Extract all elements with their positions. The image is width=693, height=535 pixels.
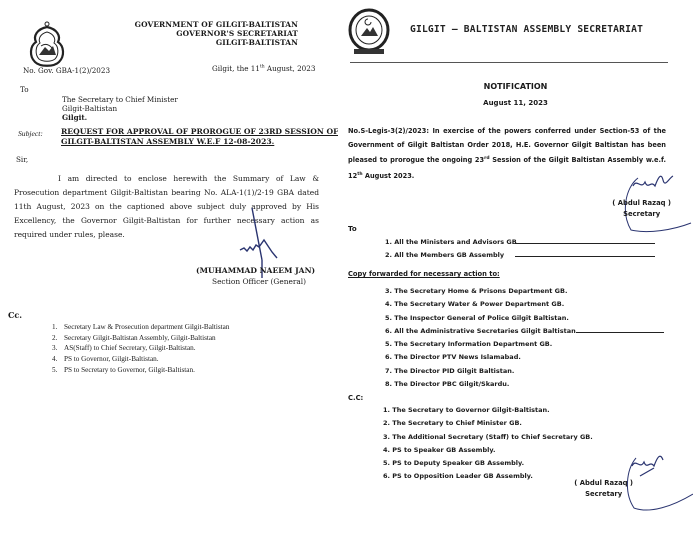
cc-item: 1. The Secretary to Governor Gilgit-Balt…	[383, 404, 593, 417]
cc-item: 2.Secretary Gilgit-Baltistan Assembly, G…	[52, 333, 229, 344]
blank-line	[576, 325, 664, 333]
signatory-block-top: ( Abdul Razaq ) Secretary	[612, 198, 671, 220]
assembly-emblem-icon	[348, 8, 390, 58]
cc-item: 6. PS to Opposition Leader GB Assembly.	[383, 470, 593, 483]
blank-line	[515, 249, 655, 257]
to-label: To	[348, 225, 357, 233]
to-item: 2. All the Members GB Assembly	[385, 249, 655, 262]
cc-item: 5. PS to Deputy Speaker GB Assembly.	[383, 457, 593, 470]
cc-item: 3. The Additional Secretary (Staff) to C…	[383, 431, 593, 444]
cc-item: 4.PS to Governor, Gilgit-Baltistan.	[52, 354, 229, 365]
signatory-name: (MUHAMMAD NAEEM JAN)	[196, 266, 315, 275]
to-item: 1. All the Ministers and Advisors GB	[385, 236, 655, 249]
signatory-title: Secretary	[574, 489, 633, 500]
signatory-name: ( Abdul Razaq )	[612, 198, 671, 209]
assembly-notification: GILGIT – BALTISTAN ASSEMBLY SECRETARIAT …	[338, 0, 693, 535]
copy-item: 6. All the Administrative Secretaries Gi…	[385, 325, 664, 338]
salutation: Sir,	[16, 155, 28, 164]
copy-item: 5. The Inspector General of Police Gilgi…	[385, 312, 664, 325]
assembly-title: GILGIT – BALTISTAN ASSEMBLY SECRETARIAT	[410, 24, 643, 35]
signatory-name: ( Abdul Razaq )	[574, 478, 633, 489]
copy-forwarded-label: Copy forwarded for necessary action to:	[348, 270, 500, 278]
copy-item: 8. The Director PBC Gilgit/Skardu.	[385, 378, 664, 391]
signatory-title: Section Officer (General)	[212, 277, 306, 286]
reference-number: No. Gov. GBA-1(2)/2023	[23, 66, 110, 75]
cc-label: C.C:	[348, 394, 363, 402]
signatory-block-bottom: ( Abdul Razaq ) Secretary	[574, 478, 633, 500]
cc-item: 2. The Secretary to Chief Minister GB.	[383, 417, 593, 430]
cc-list: 1. The Secretary to Governor Gilgit-Balt…	[383, 404, 593, 484]
copy-list: 3. The Secretary Home & Prisons Departme…	[385, 285, 664, 391]
subject-line-2: GILGIT-BALTISTAN ASSEMBLY W.E.F 12-08-20…	[61, 137, 274, 147]
copy-item: 3. The Secretary Home & Prisons Departme…	[385, 285, 664, 298]
header-line-3: GILGIT-BALTISTAN	[216, 38, 298, 47]
notification-heading: NOTIFICATION	[338, 82, 693, 91]
cc-label: Cc.	[8, 310, 22, 320]
copy-item: 4. The Secretary Water & Power Departmen…	[385, 298, 664, 311]
notification-date: August 11, 2023	[338, 99, 693, 107]
governor-secretariat-letter: GOVERNMENT OF GILGIT-BALTISTAN GOVERNOR'…	[0, 0, 338, 535]
subject-line-1: REQUEST FOR APPROVAL OF PROROGUE OF 23RD…	[61, 127, 338, 137]
signatory-title: Secretary	[612, 209, 671, 220]
copy-item: 5. The Secretary Information Department …	[385, 338, 664, 351]
cc-item: 1.Secretary Law & Prosecution department…	[52, 322, 229, 333]
cc-item: 3.AS(Staff) to Chief Secretary, Gilgit-B…	[52, 343, 229, 354]
addressee-line-2: Gilgit-Baltistan	[62, 104, 117, 113]
blank-line	[515, 236, 655, 244]
subject-label: Subject:	[18, 129, 43, 138]
copy-item: 7. The Director PID Gilgit Baltistan.	[385, 365, 664, 378]
cc-list: 1.Secretary Law & Prosecution department…	[52, 322, 229, 376]
cc-item: 4. PS to Speaker GB Assembly.	[383, 444, 593, 457]
header-divider	[350, 62, 668, 63]
header-line-2: GOVERNOR'S SECRETARIAT	[176, 29, 298, 38]
government-emblem-icon	[27, 20, 67, 70]
copy-item: 6. The Director PTV News Islamabad.	[385, 351, 664, 364]
to-list: 1. All the Ministers and Advisors GB 2. …	[385, 236, 655, 263]
place-date: Gilgit, the 11th August, 2023	[212, 64, 315, 73]
addressee-line-1: The Secretary to Chief Minister	[62, 95, 178, 104]
cc-item: 5.PS to Secretary to Governor, Gilgit-Ba…	[52, 365, 229, 376]
to-label: To	[20, 85, 29, 94]
header-line-1: GOVERNMENT OF GILGIT-BALTISTAN	[135, 20, 298, 29]
addressee-line-3: Gilgit.	[62, 113, 87, 122]
